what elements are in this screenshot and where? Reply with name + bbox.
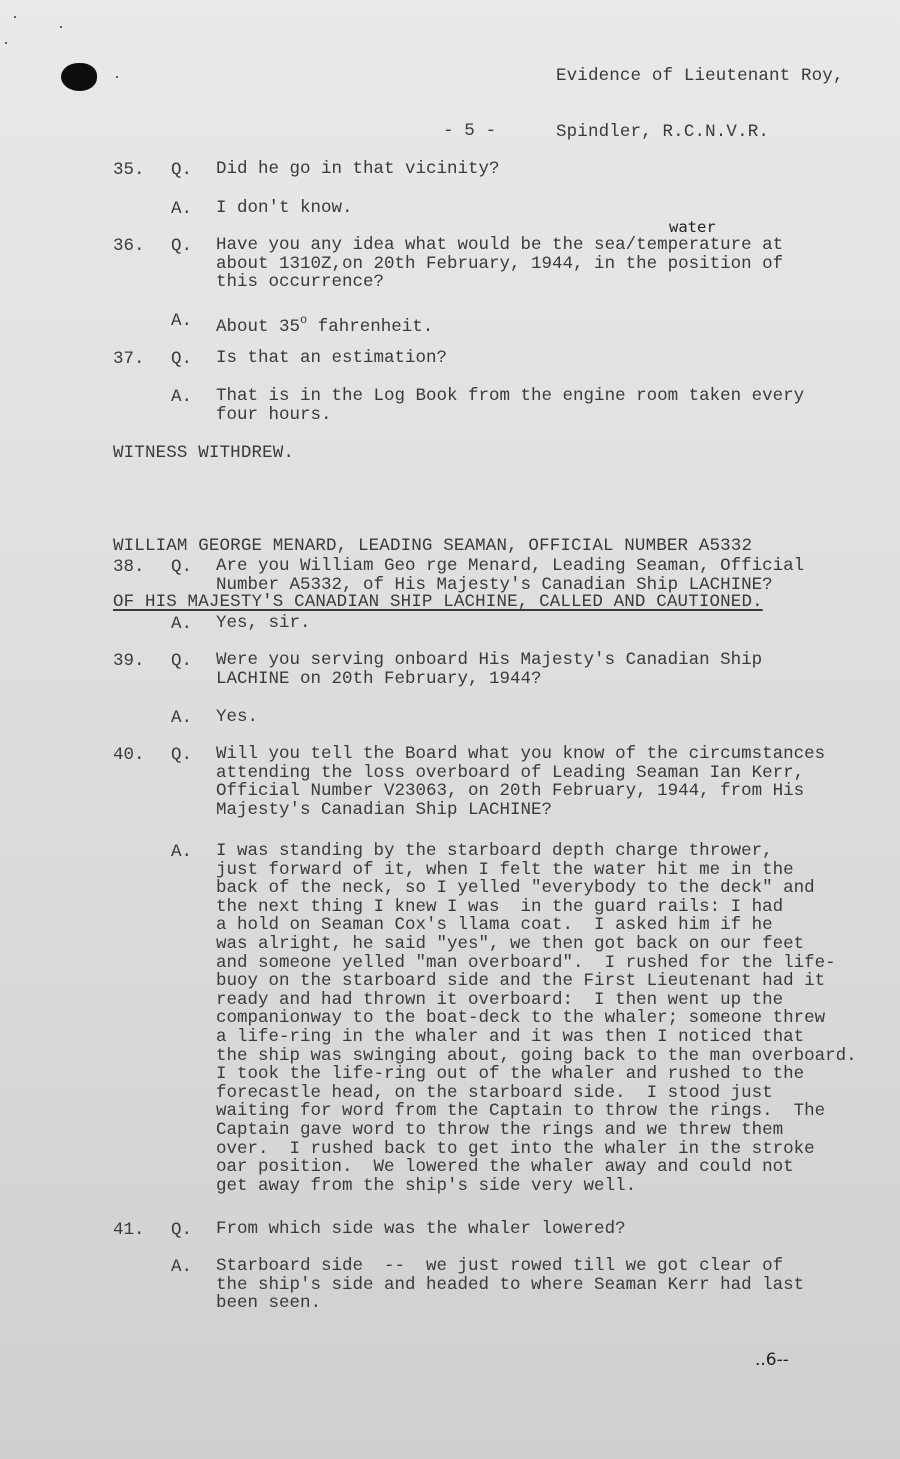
paper-speck: [5, 42, 7, 44]
ink-blot: [61, 63, 97, 91]
answer-line: oar position. We lowered the whaler away…: [216, 1158, 857, 1177]
answer-line: been seen.: [216, 1294, 804, 1313]
question-number: 35.: [113, 160, 145, 180]
answer-line: companionway to the boat-deck to the wha…: [216, 1009, 857, 1028]
question-number: 39.: [113, 651, 145, 671]
a-label: A.: [171, 387, 192, 407]
answer-line: over. I rushed back to get into the whal…: [216, 1140, 857, 1159]
answer-line: ready and had thrown it overboard: I the…: [216, 991, 857, 1010]
question-line: attending the loss overboard of Leading …: [216, 764, 825, 783]
answer-line: four hours.: [216, 406, 804, 425]
a-label: A.: [171, 311, 192, 331]
continuation-marker: ..6--: [755, 1350, 789, 1370]
question-line: Did he go in that vicinity?: [216, 160, 500, 179]
question-text: Did he go in that vicinity?: [216, 160, 500, 179]
heading-line: WILLIAM GEORGE MENARD, LEADING SEAMAN, O…: [113, 537, 763, 556]
q-label: Q.: [171, 651, 192, 671]
question-line: this occurrence?: [216, 273, 783, 292]
answer-line: the ship was swinging about, going back …: [216, 1047, 857, 1066]
question-number: 40.: [113, 745, 145, 765]
answer-line: the ship's side and headed to where Seam…: [216, 1276, 804, 1295]
answer-text: Starboard side -- we just rowed till we …: [216, 1257, 804, 1313]
question-text: Have you any idea what would be the sea/…: [216, 236, 783, 292]
answer-text: About 35o fahrenheit.: [216, 311, 433, 337]
question-line: Official Number V23063, on 20th February…: [216, 782, 825, 801]
page-number: - 5 -: [443, 122, 496, 141]
q-label: Q.: [171, 1220, 192, 1240]
answer-line: Captain gave word to throw the rings and…: [216, 1121, 857, 1140]
answer-text: I don't know.: [216, 199, 353, 218]
answer-line: was alright, he said "yes", we then got …: [216, 935, 857, 954]
answer-line: Yes.: [216, 708, 258, 727]
a-label: A.: [171, 199, 192, 219]
question-line: LACHINE on 20th February, 1944?: [216, 670, 762, 689]
answer-line: I was standing by the starboard depth ch…: [216, 842, 857, 861]
q-label: Q.: [171, 236, 192, 256]
answer-line: the next thing I knew I was in the guard…: [216, 898, 857, 917]
answer-line: I took the life-ring out of the whaler a…: [216, 1065, 857, 1084]
header-line: Spindler, R.C.N.V.R.: [556, 123, 844, 142]
heading-line-underlined: OF HIS MAJESTY'S CANADIAN SHIP LACHINE, …: [113, 593, 763, 612]
handwritten-insert: water: [669, 218, 716, 236]
answer-line: Starboard side -- we just rowed till we …: [216, 1257, 804, 1276]
answer-line: get away from the ship's side very well.: [216, 1177, 857, 1196]
answer-line: a hold on Seaman Cox's llama coat. I ask…: [216, 916, 857, 935]
header-line: Evidence of Lieutenant Roy,: [556, 67, 844, 86]
a-label: A.: [171, 708, 192, 728]
answer-line: back of the neck, so I yelled "everybody…: [216, 879, 857, 898]
question-line: Have you any idea what would be the sea/…: [216, 236, 783, 255]
question-text: Will you tell the Board what you know of…: [216, 745, 825, 819]
answer-line: That is in the Log Book from the engine …: [216, 387, 804, 406]
q-label: Q.: [171, 160, 192, 180]
question-line: Were you serving onboard His Majesty's C…: [216, 651, 762, 670]
question-line: Will you tell the Board what you know of…: [216, 745, 825, 764]
witness-withdrew: WITNESS WITHDREW.: [113, 444, 294, 463]
question-number: 36.: [113, 236, 145, 256]
witness-heading: WILLIAM GEORGE MENARD, LEADING SEAMAN, O…: [113, 500, 763, 649]
a-label: A.: [171, 1257, 192, 1277]
answer-line: and someone yelled "man overboard". I ru…: [216, 954, 857, 973]
answer-text: Yes.: [216, 708, 258, 727]
answer-text: I was standing by the starboard depth ch…: [216, 842, 857, 1195]
question-line: Majesty's Canadian Ship LACHINE?: [216, 801, 825, 820]
q-label: Q.: [171, 349, 192, 369]
question-line: about 1310Z,on 20th February, 1944, in t…: [216, 255, 783, 274]
answer-line: forecastle head, on the starboard side. …: [216, 1084, 857, 1103]
question-text: Is that an estimation?: [216, 349, 447, 368]
answer-line: I don't know.: [216, 199, 353, 218]
question-text: Were you serving onboard His Majesty's C…: [216, 651, 762, 688]
paper-speck: [60, 26, 62, 28]
answer-line: buoy on the starboard side and the First…: [216, 972, 857, 991]
question-number: 41.: [113, 1220, 145, 1240]
answer-line: just forward of it, when I felt the wate…: [216, 861, 857, 880]
answer-line: a life-ring in the whaler and it was the…: [216, 1028, 857, 1047]
document-page: Evidence of Lieutenant Roy, Spindler, R.…: [0, 0, 900, 1459]
question-line: From which side was the whaler lowered?: [216, 1220, 626, 1239]
question-text: From which side was the whaler lowered?: [216, 1220, 626, 1239]
answer-text: That is in the Log Book from the engine …: [216, 387, 804, 424]
paper-speck: [116, 76, 118, 78]
a-label: A.: [171, 842, 192, 862]
q-label: Q.: [171, 745, 192, 765]
question-number: 37.: [113, 349, 145, 369]
paper-speck: [14, 16, 16, 18]
document-header: Evidence of Lieutenant Roy, Spindler, R.…: [556, 30, 844, 179]
question-line: Is that an estimation?: [216, 349, 447, 368]
answer-line: waiting for word from the Captain to thr…: [216, 1102, 857, 1121]
answer-line: About 35o fahrenheit.: [216, 311, 433, 337]
